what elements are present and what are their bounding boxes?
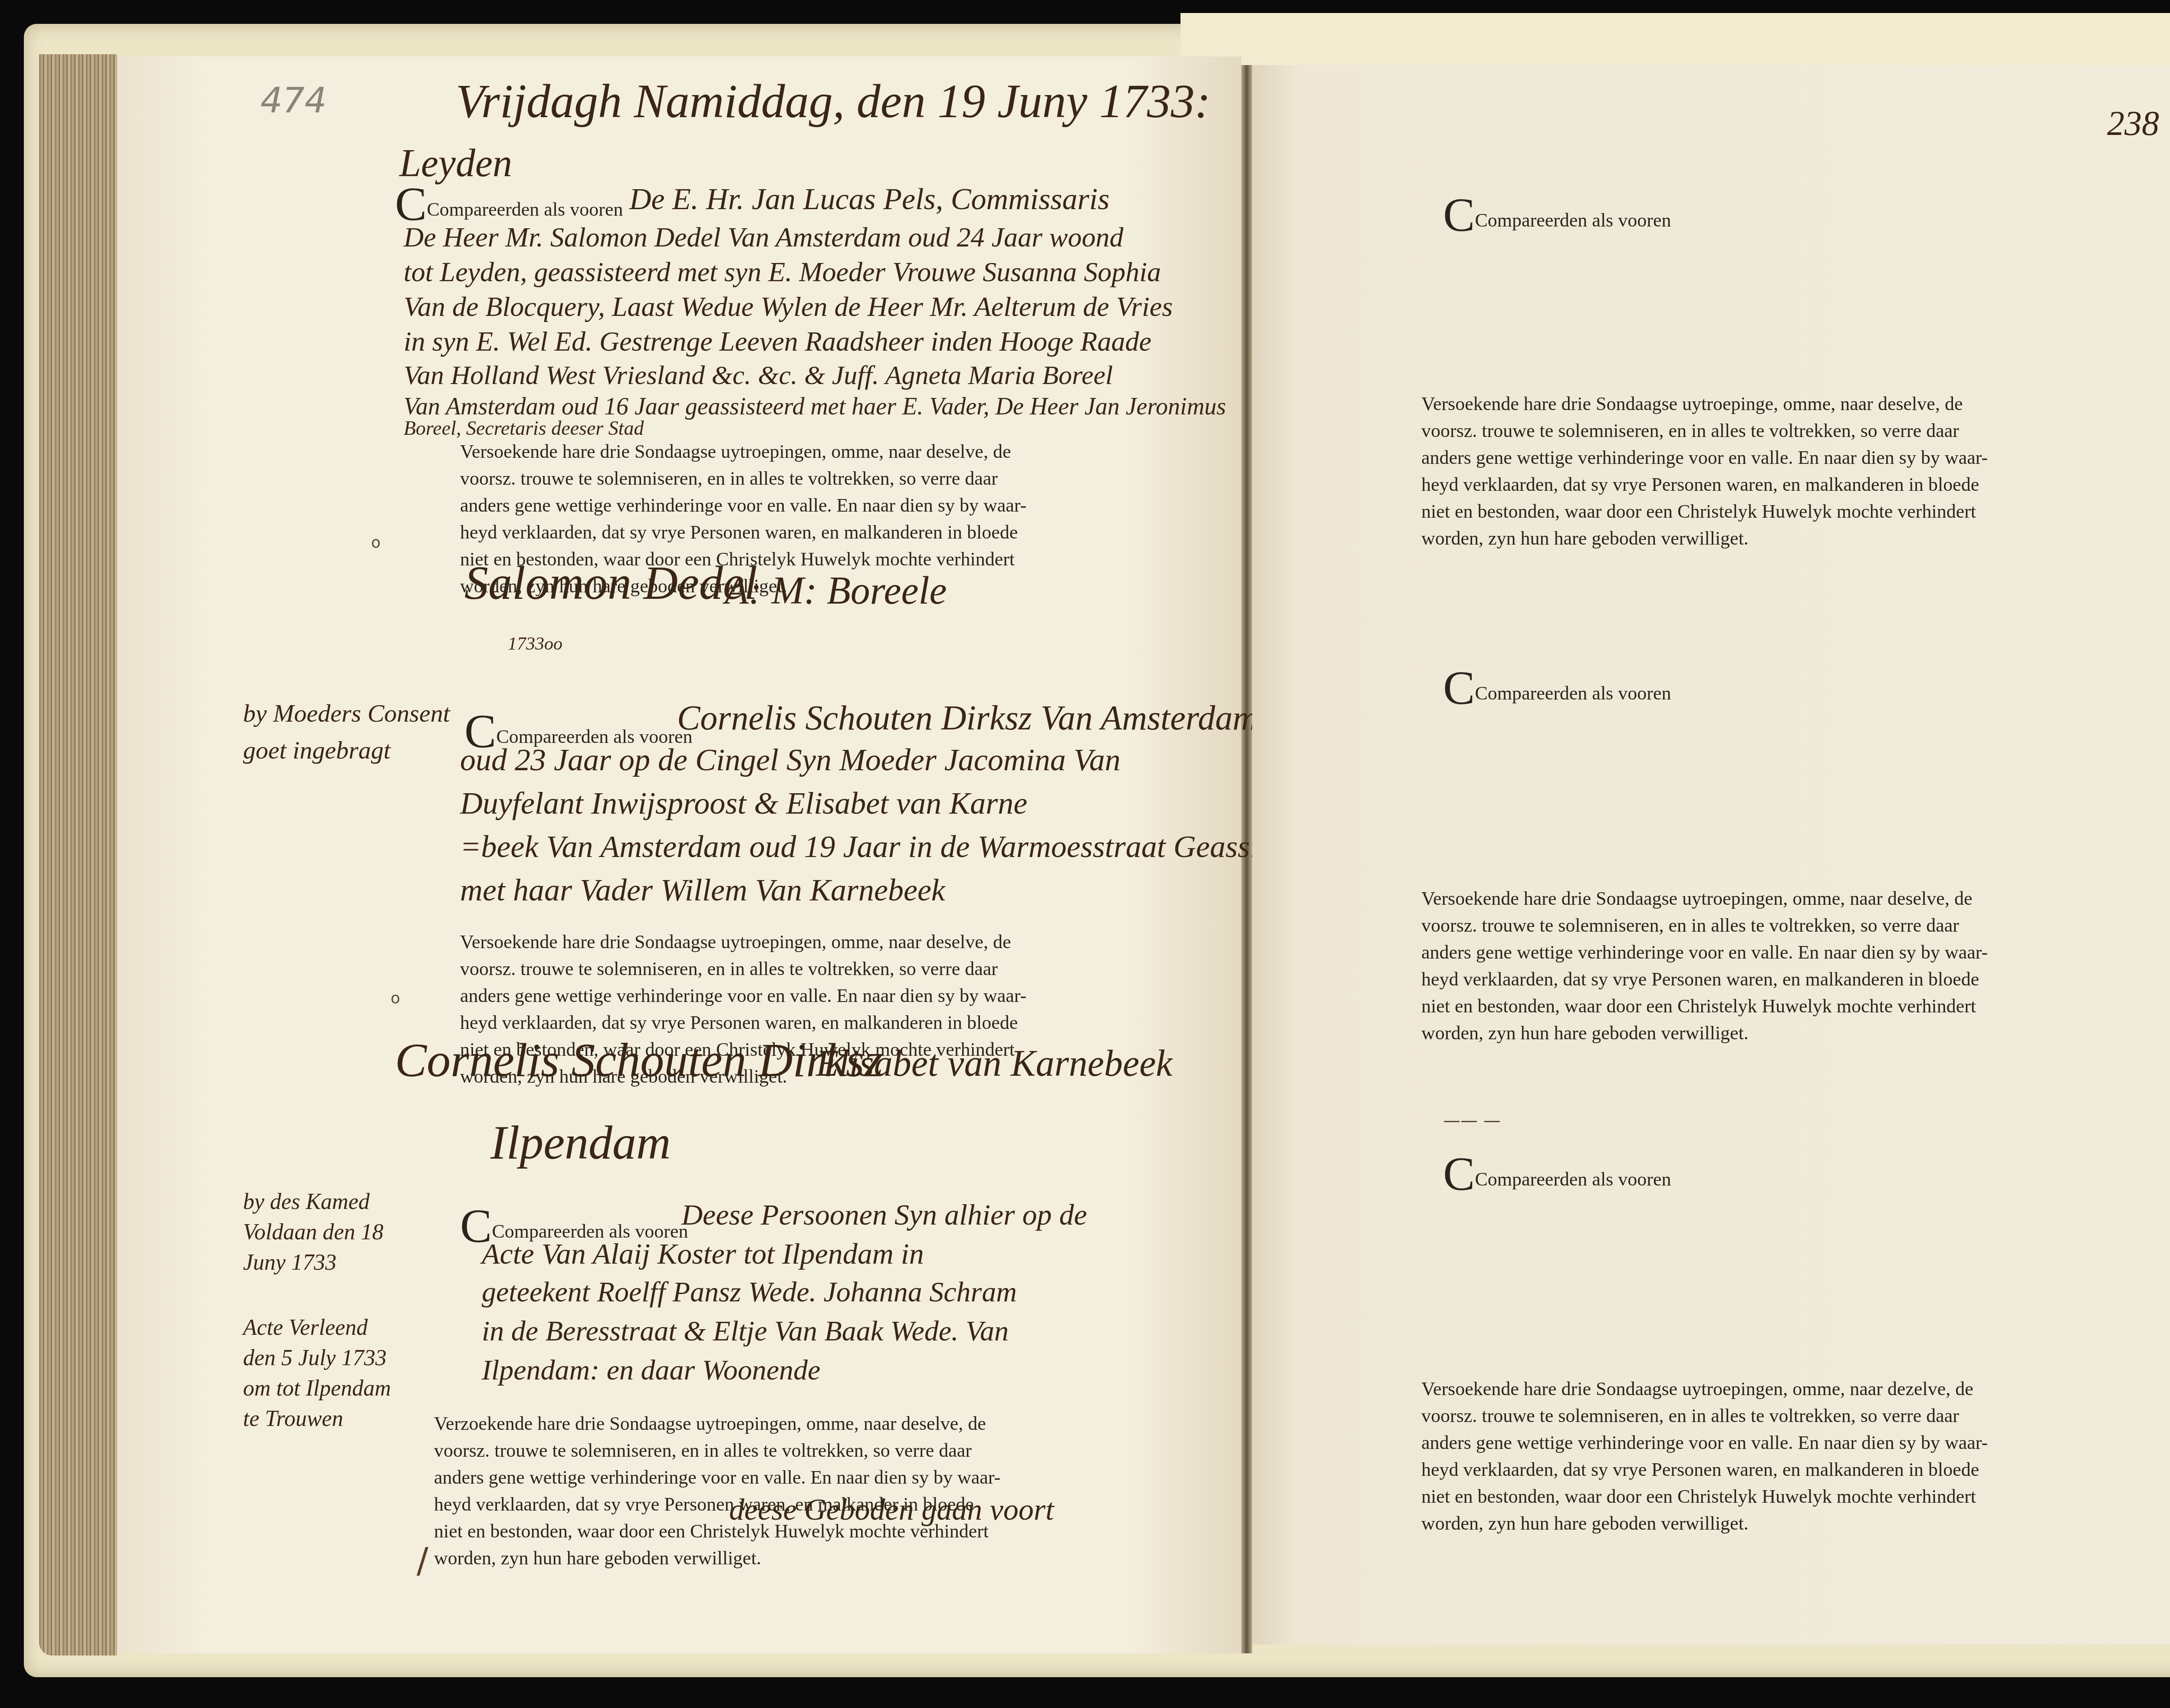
handwritten-line: Cornelis Schouten Dirksz Van Amsterdam [677, 699, 1258, 738]
handwritten-line: Deese Persoonen Syn alhier op de [681, 1198, 1087, 1232]
handwritten-line: De Heer Mr. Salomon Dedel Van Amsterdam … [404, 221, 1124, 253]
handwritten-line: Acte Van Alaij Koster tot Ilpendam in [482, 1237, 924, 1271]
margin-note: den 5 July 1733 [243, 1345, 387, 1371]
margin-note: te Trouwen [243, 1406, 343, 1432]
handwritten-line: Duyfelant Inwijsproost & Elisabet van Ka… [460, 785, 1027, 821]
signature-groom: Salomon Dedel [464, 555, 757, 611]
book-page-edges [39, 54, 117, 1655]
printed-intro: CCompareerden als vooren [1443, 191, 1671, 239]
handwritten-line: in syn E. Wel Ed. Gestrenge Leeven Raads… [404, 325, 1151, 358]
handwritten-line: oud 23 Jaar op de Cingel Syn Moeder Jaco… [460, 742, 1121, 778]
page-heading-date: Vrijdagh Namiddag, den 19 Juny 1733: [456, 74, 1210, 129]
handwritten-line: Ilpendam: en daar Woonende [482, 1354, 820, 1387]
signature-groom: Cornelis Schouten Dirksz [395, 1033, 883, 1088]
margin-note: Voldaan den 18 [243, 1219, 384, 1245]
printed-formula-paragraph: Versoekende hare drie Sondaagse uytroepi… [1421, 1376, 1951, 1537]
signature-bride: Elisabet van Karnebeek [816, 1041, 1173, 1085]
folio-number: 238 [2107, 104, 2159, 144]
handwritten-line: Boreel, Secretaris deeser Stad [404, 417, 644, 440]
place-heading: Ilpendam [490, 1115, 671, 1170]
right-page: 238 CCompareerden als vooren Versoekende… [1252, 65, 2170, 1645]
printed-intro: CCompareerden als vooren [1443, 1150, 1671, 1198]
margin-note: goet ingebragt [243, 736, 391, 765]
printed-intro: CCompareerden als vooren [1443, 664, 1671, 712]
ink-blot: / [417, 1540, 428, 1581]
vellum-cover-top-flap [1180, 13, 2170, 69]
margin-note: Juny 1733 [243, 1250, 336, 1275]
printed-formula-paragraph: Versoekende hare drie Sondaagse uytroepi… [1421, 391, 1951, 552]
left-page: 474 Vrijdagh Namiddag, den 19 Juny 1733:… [117, 56, 1241, 1653]
paraph-date: 1733oo [508, 634, 562, 654]
margin-note: om tot Ilpendam [243, 1376, 391, 1401]
pencil-circle-mark: o [391, 989, 400, 1007]
handwritten-line: De E. Hr. Jan Lucas Pels, Commissaris [629, 182, 1109, 217]
handwritten-line: tot Leyden, geassisteerd met syn E. Moed… [404, 256, 1161, 288]
printed-intro: CCompareerden als vooren [395, 180, 623, 228]
handwritten-line: met haar Vader Willem Van Karnebeek [460, 872, 945, 908]
handwritten-line: Van Holland West Vriesland &c. &c. & Juf… [404, 360, 1113, 391]
handwritten-line: in de Beresstraat & Eltje Van Baak Wede.… [482, 1315, 1009, 1348]
margin-note: by des Kamed [243, 1189, 370, 1215]
margin-note: Acte Verleend [243, 1315, 368, 1340]
handwritten-line: =beek Van Amsterdam oud 19 Jaar in de Wa… [460, 829, 1334, 865]
pencil-circle-mark: o [371, 534, 381, 552]
handwritten-line: Van de Blocquery, Laast Wedue Wylen de H… [404, 291, 1173, 323]
dash-mark: —— — [1443, 1111, 1501, 1131]
printed-formula-paragraph: Verzoekende hare drie Sondaagse uytroepi… [434, 1410, 963, 1572]
signature-bride: A: M: Boreele [725, 568, 947, 613]
printed-formula-paragraph: Versoekende hare drie Sondaagse uytroepi… [1421, 885, 1951, 1047]
annotation-banns-proceed: deese Geboden gaan voort [729, 1493, 1054, 1527]
handwritten-line: geteekent Roelff Pansz Wede. Johanna Sch… [482, 1276, 1017, 1309]
margin-note: by Moeders Consent [243, 699, 450, 728]
pencil-folio-number: 474 [260, 80, 327, 121]
